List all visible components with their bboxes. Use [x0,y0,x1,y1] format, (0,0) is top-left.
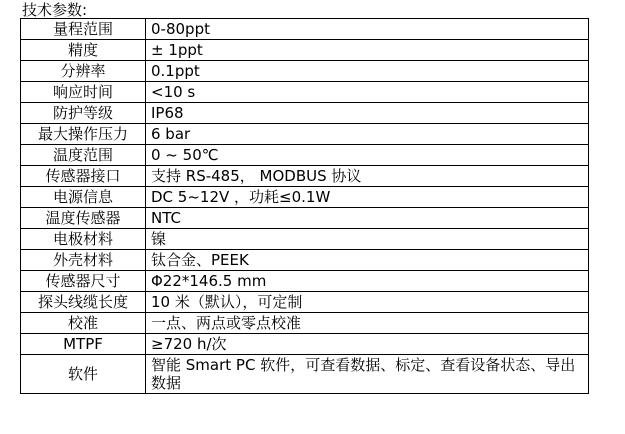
table-row: 温度范围0 ~ 50℃ [21,145,589,166]
param-label: 温度传感器 [21,208,146,229]
table-row: 校准一点、两点或零点校准 [21,313,589,334]
table-row: 分辨率0.1ppt [21,61,589,82]
param-value: 智能 Smart PC 软件，可查看数据、标定、查看设备状态、导出数据 [146,355,589,394]
param-label: 最大操作压力 [21,124,146,145]
param-label: 响应时间 [21,82,146,103]
param-value: IP68 [146,103,589,124]
param-value: 支持 RS-485， MODBUS 协议 [146,166,589,187]
table-row: 量程范围0-80ppt [21,19,589,40]
param-label: 电源信息 [21,187,146,208]
table-row: 探头线缆长度10 米（默认），可定制 [21,292,589,313]
param-label: 传感器尺寸 [21,271,146,292]
page-title: 技术参数: [22,2,87,18]
param-value: <10 s [146,82,589,103]
table-row: 外壳材料钛合金、PEEK [21,250,589,271]
param-value: 0.1ppt [146,61,589,82]
param-label: 精度 [21,40,146,61]
param-value: ± 1ppt [146,40,589,61]
param-label: MTPF [21,334,146,355]
spec-table: 量程范围0-80ppt精度± 1ppt分辨率0.1ppt响应时间<10 s防护等… [20,18,589,394]
table-row: 电源信息DC 5~12V ，功耗≤0.1W [21,187,589,208]
table-row: 最大操作压力6 bar [21,124,589,145]
spec-sheet: 技术参数: 量程范围0-80ppt精度± 1ppt分辨率0.1ppt响应时间<1… [0,0,625,434]
spec-table-body: 量程范围0-80ppt精度± 1ppt分辨率0.1ppt响应时间<10 s防护等… [21,19,589,394]
table-row: 软件智能 Smart PC 软件，可查看数据、标定、查看设备状态、导出数据 [21,355,589,394]
table-row: 响应时间<10 s [21,82,589,103]
param-value: DC 5~12V ，功耗≤0.1W [146,187,589,208]
table-row: 温度传感器NTC [21,208,589,229]
param-label: 量程范围 [21,19,146,40]
param-value: NTC [146,208,589,229]
param-value: 6 bar [146,124,589,145]
table-row: MTPF≥720 h/次 [21,334,589,355]
param-label: 校准 [21,313,146,334]
param-value: 钛合金、PEEK [146,250,589,271]
param-value: 0 ~ 50℃ [146,145,589,166]
param-label: 外壳材料 [21,250,146,271]
table-row: 传感器接口支持 RS-485， MODBUS 协议 [21,166,589,187]
param-label: 防护等级 [21,103,146,124]
param-value: 一点、两点或零点校准 [146,313,589,334]
param-label: 软件 [21,355,146,394]
param-value: Φ22*146.5 mm [146,271,589,292]
param-value: ≥720 h/次 [146,334,589,355]
param-label: 探头线缆长度 [21,292,146,313]
table-row: 电极材料镍 [21,229,589,250]
param-value: 10 米（默认），可定制 [146,292,589,313]
param-label: 温度范围 [21,145,146,166]
table-row: 精度± 1ppt [21,40,589,61]
param-value: 0-80ppt [146,19,589,40]
table-row: 防护等级IP68 [21,103,589,124]
param-value: 镍 [146,229,589,250]
table-row: 传感器尺寸Φ22*146.5 mm [21,271,589,292]
param-label: 电极材料 [21,229,146,250]
param-label: 传感器接口 [21,166,146,187]
param-label: 分辨率 [21,61,146,82]
